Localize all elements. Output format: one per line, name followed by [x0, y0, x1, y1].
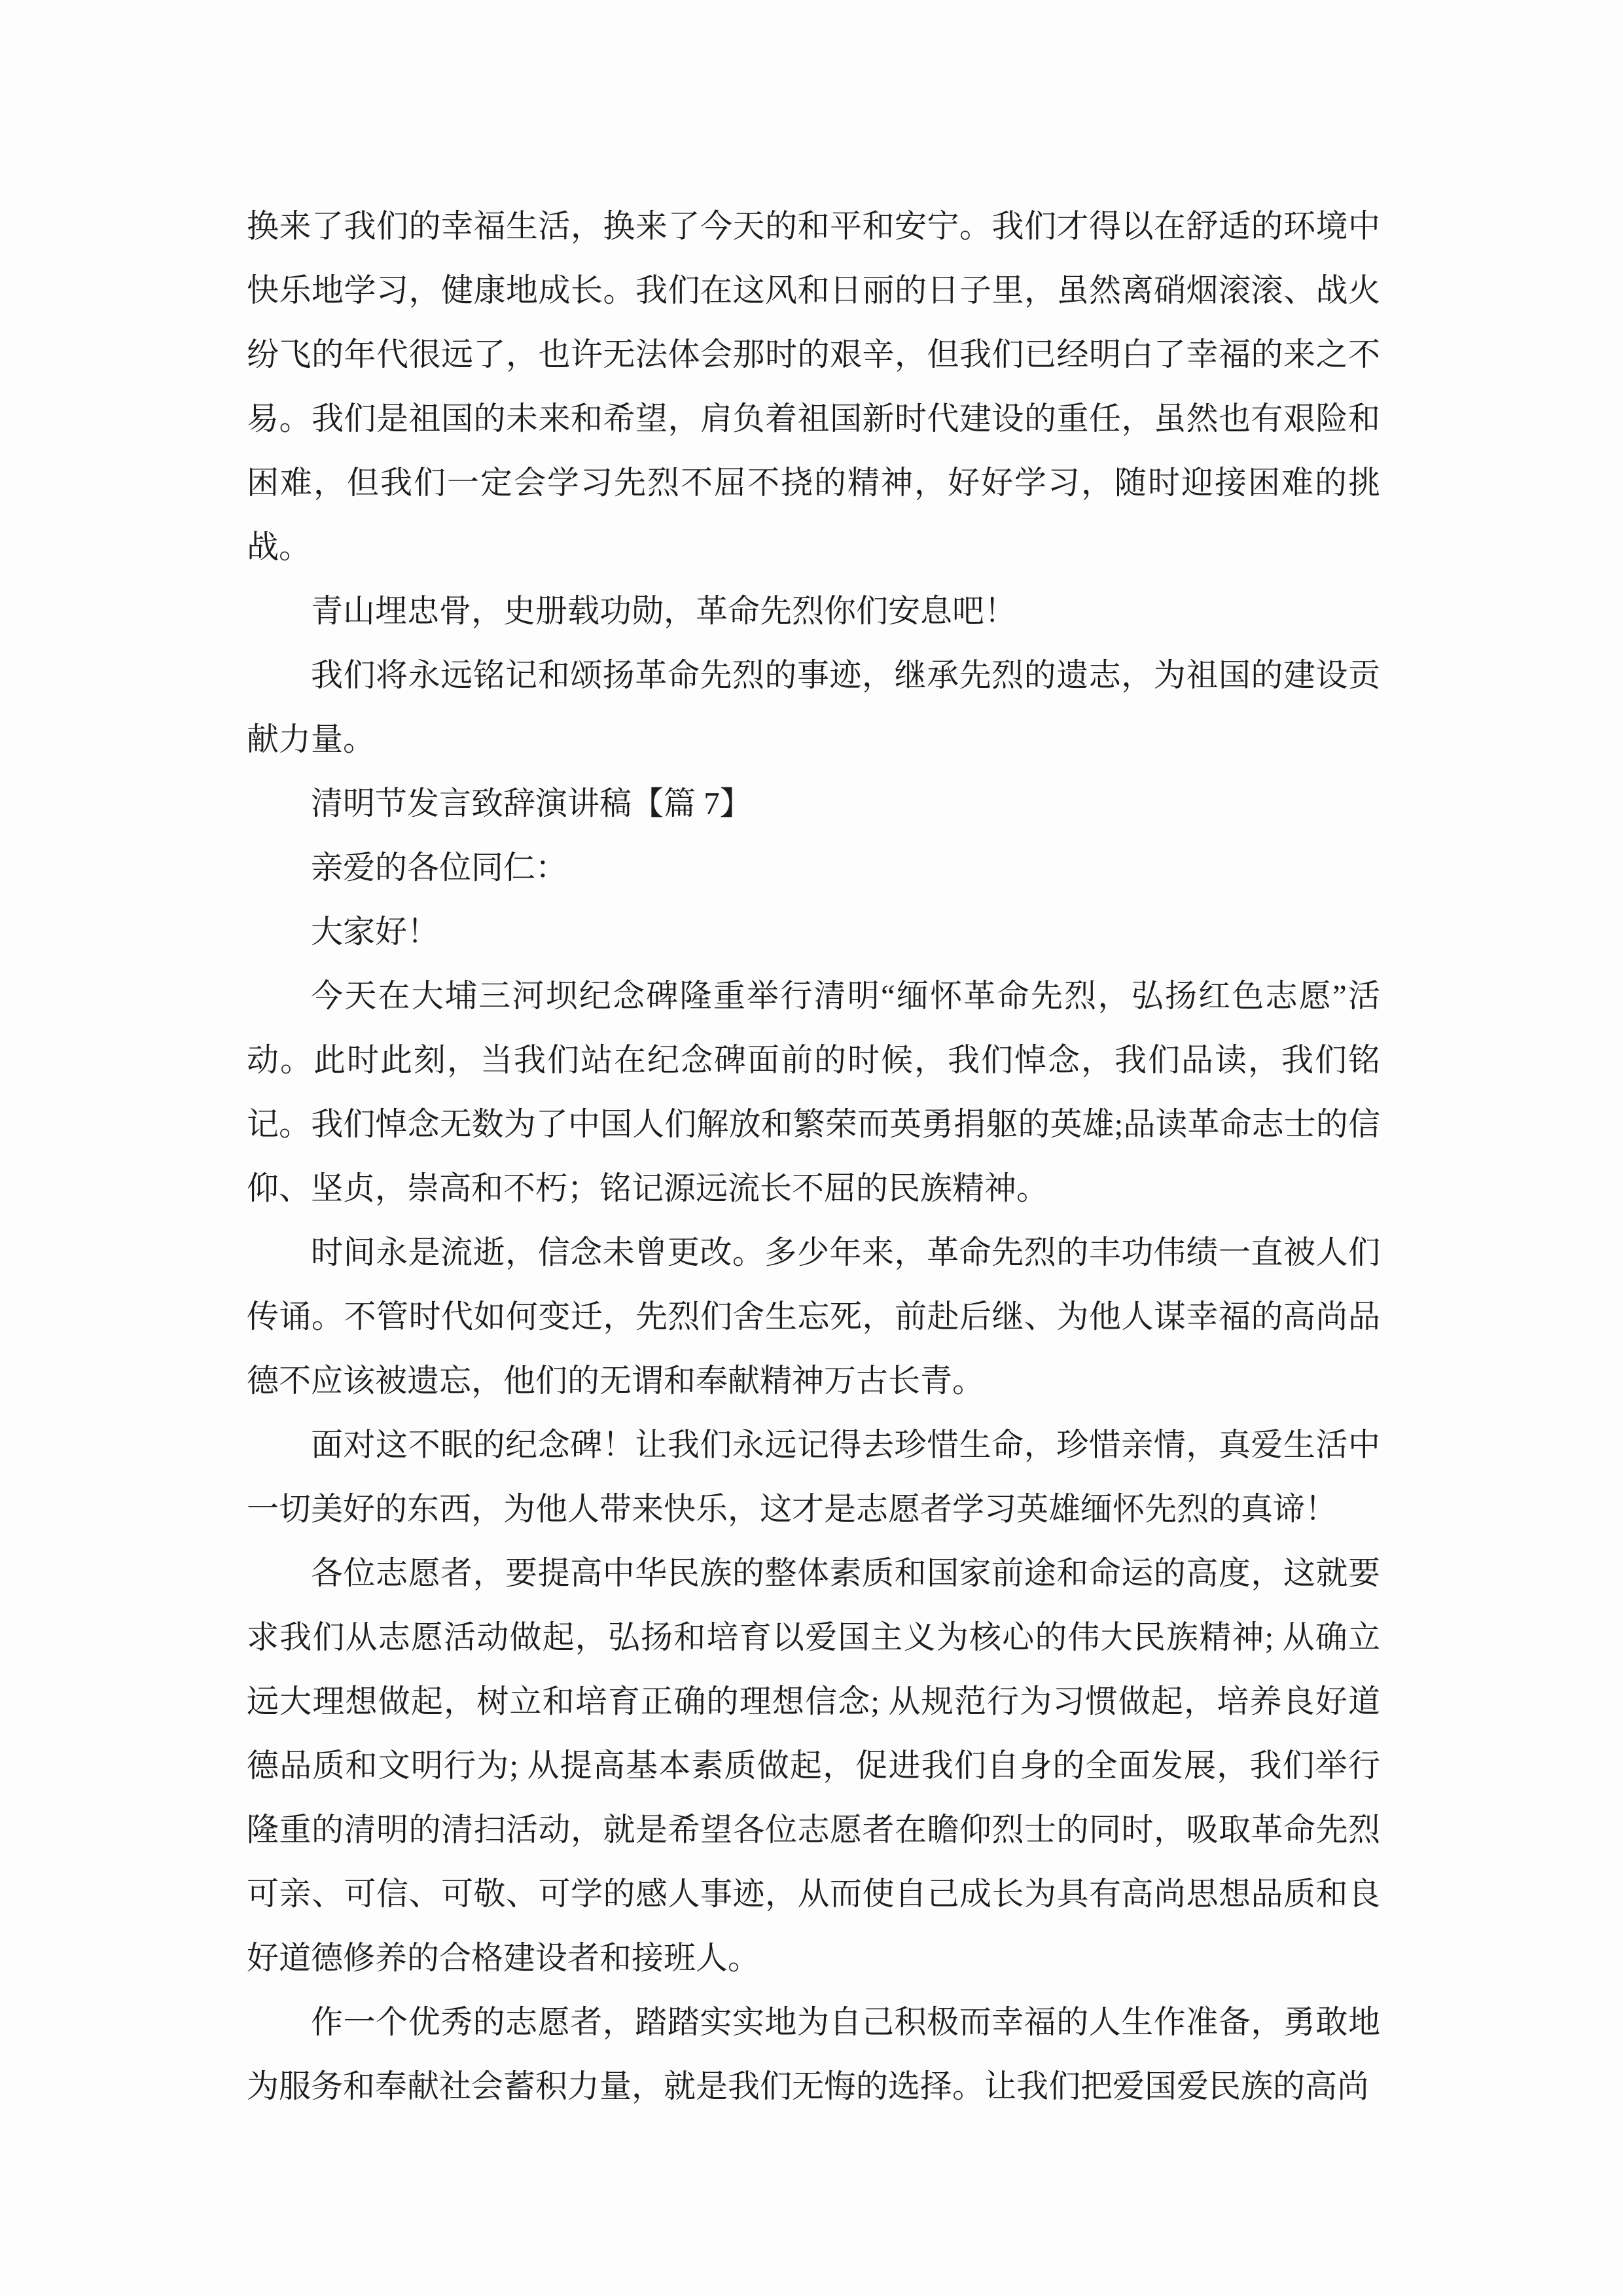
greeting: 大家好！ — [247, 900, 1380, 964]
paragraph: 今天在大埔三河坝纪念碑隆重举行清明“缅怀革命先烈，弘扬红色志愿”活动。此时此刻，… — [247, 964, 1380, 1221]
paragraph: 时间永是流逝，信念未曾更改。多少年来，革命先烈的丰功伟绩一直被人们传诵。不管时代… — [247, 1221, 1380, 1413]
section-heading: 清明节发言致辞演讲稿【篇 7】 — [247, 772, 1380, 836]
document-page: 换来了我们的幸福生活，换来了今天的和平和安宁。我们才得以在舒适的环境中快乐地学习… — [0, 0, 1623, 2296]
paragraph: 换来了我们的幸福生活，换来了今天的和平和安宁。我们才得以在舒适的环境中快乐地学习… — [247, 194, 1380, 579]
paragraph: 面对这不眠的纪念碑！让我们永远记得去珍惜生命，珍惜亲情，真爱生活中一切美好的东西… — [247, 1413, 1380, 1541]
paragraph: 青山埋忠骨，史册载功勋，革命先烈你们安息吧！ — [247, 579, 1380, 643]
paragraph: 作一个优秀的志愿者，踏踏实实地为自己积极而幸福的人生作准备，勇敢地为服务和奉献社… — [247, 1990, 1380, 2119]
salutation: 亲爱的各位同仁： — [247, 836, 1380, 900]
paragraph: 我们将永远铭记和颂扬革命先烈的事迹，继承先烈的遗志，为祖国的建设贡献力量。 — [247, 643, 1380, 772]
paragraph: 各位志愿者，要提高中华民族的整体素质和国家前途和命运的高度，这就要求我们从志愿活… — [247, 1541, 1380, 1990]
document-text-block: 换来了我们的幸福生活，换来了今天的和平和安宁。我们才得以在舒适的环境中快乐地学习… — [247, 194, 1380, 2119]
